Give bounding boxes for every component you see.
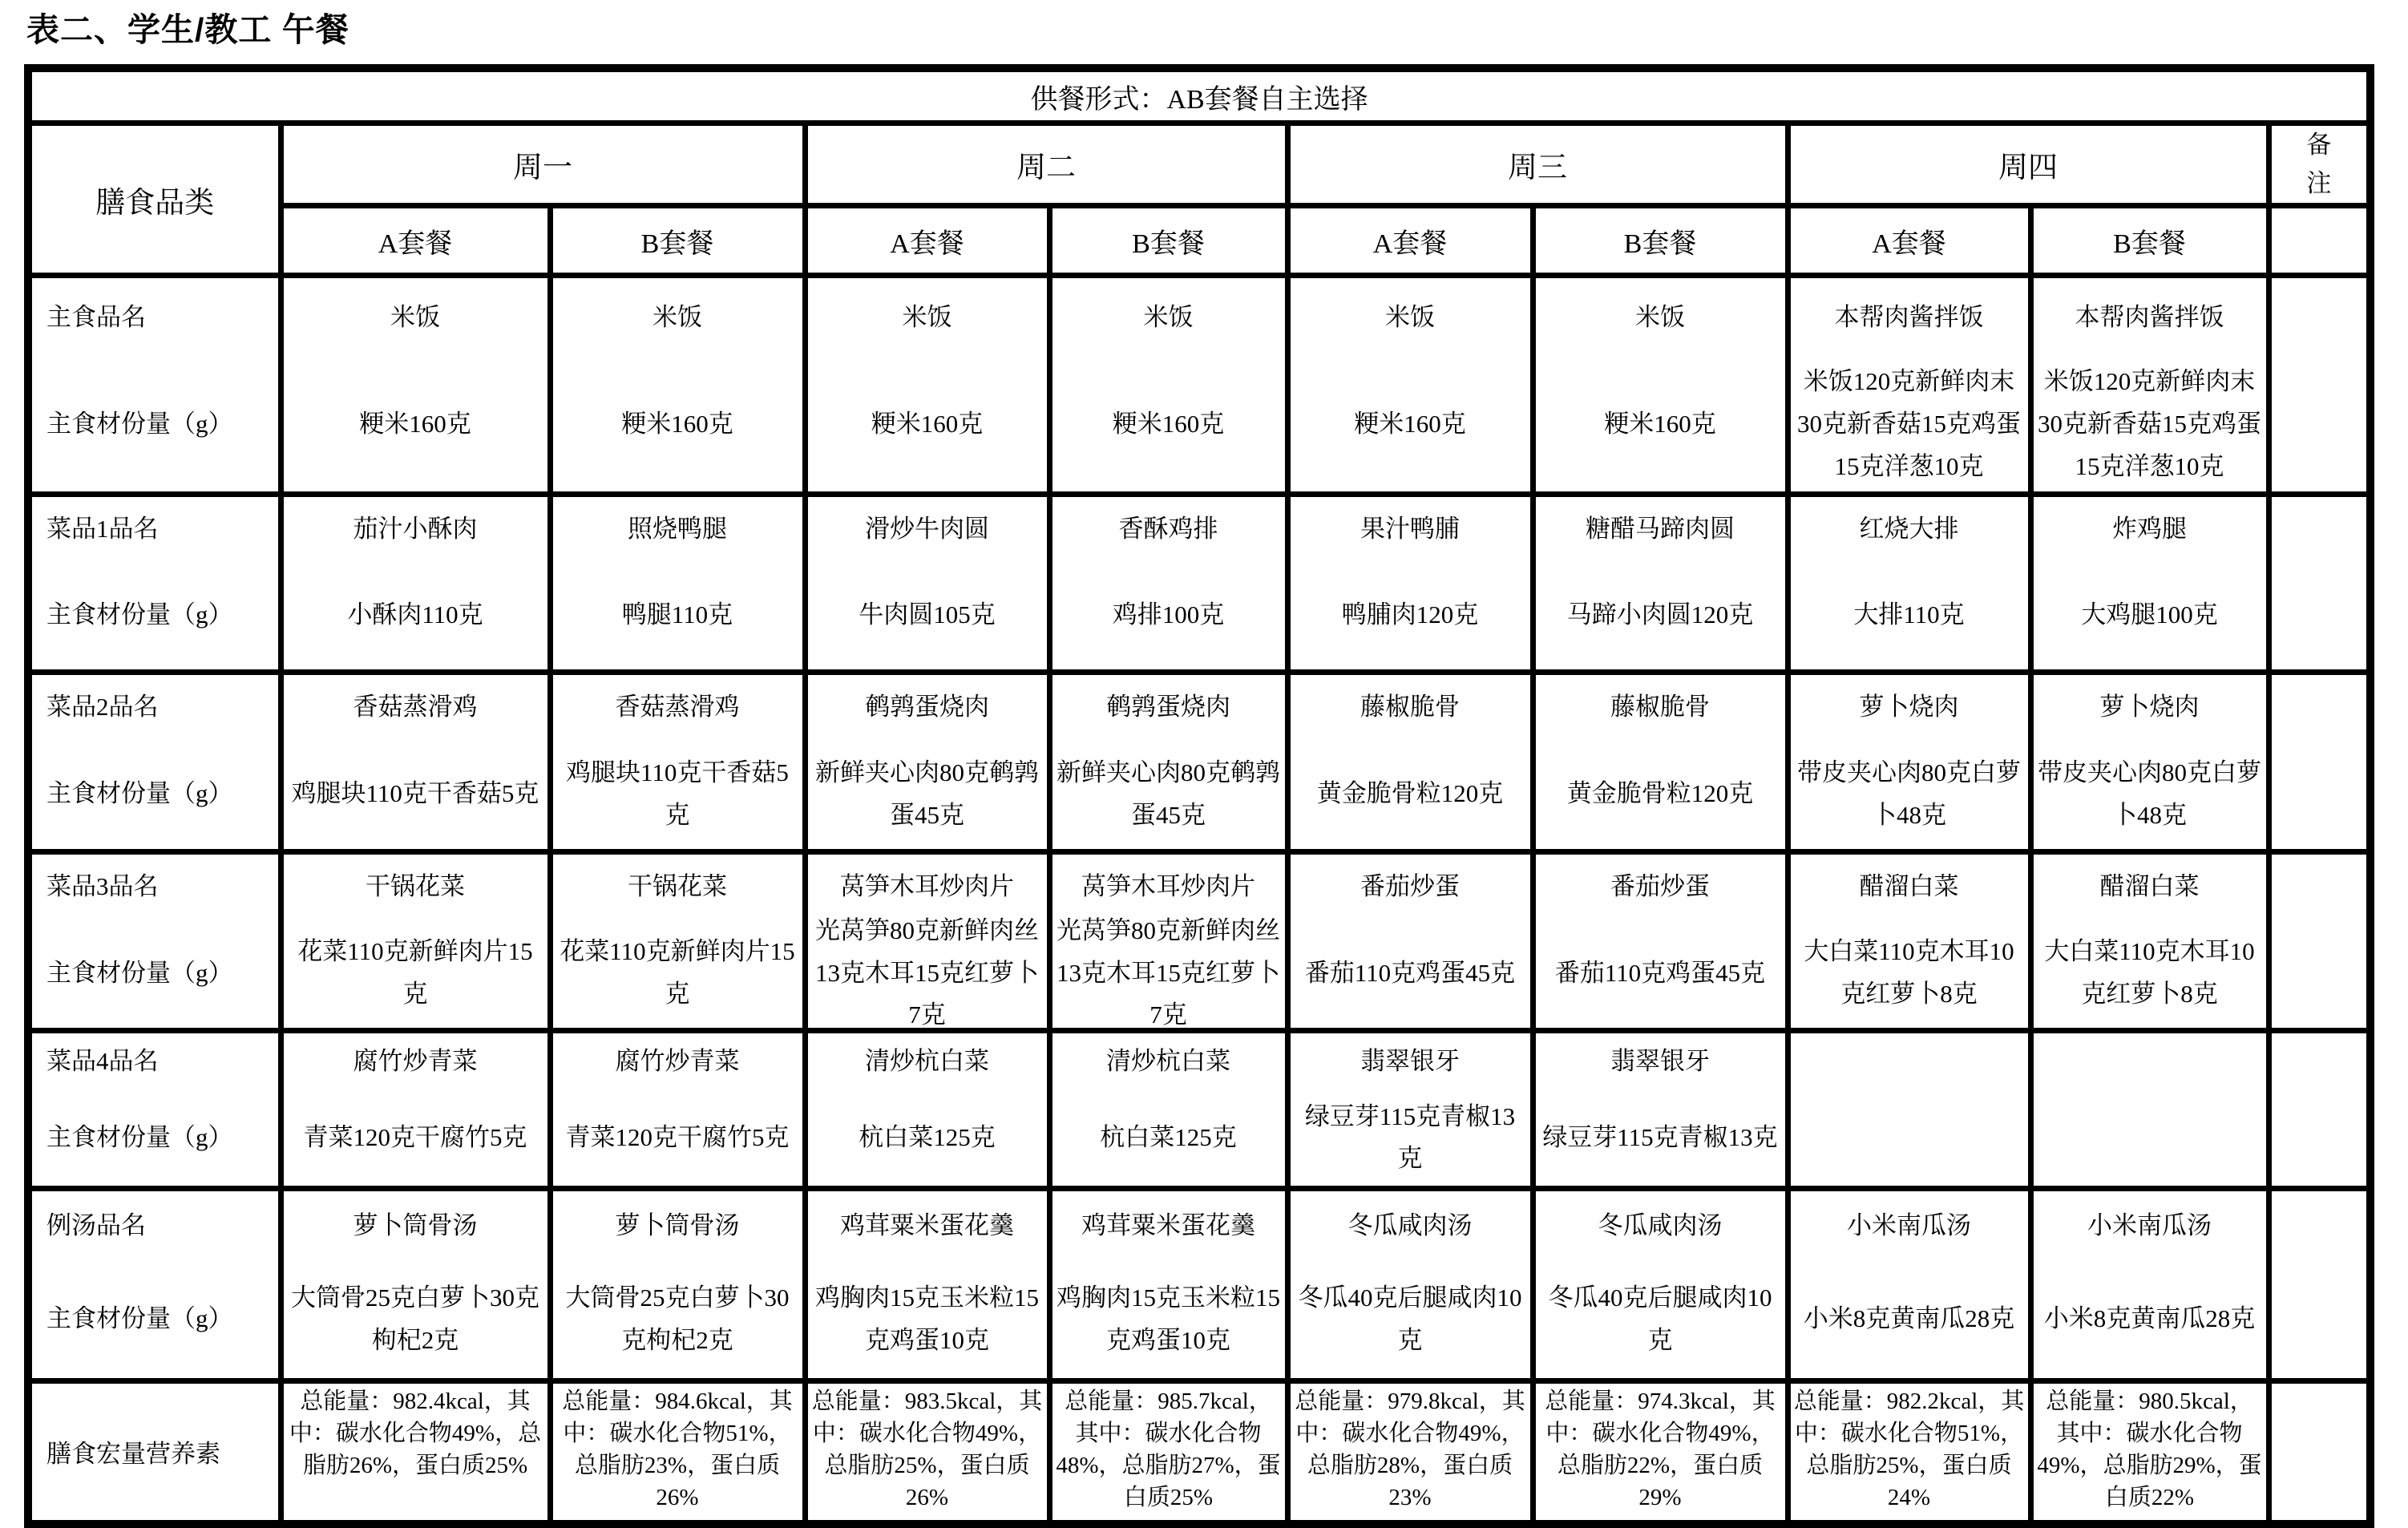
dish-portion: 鸡腿块110克干香菇5克 [288, 773, 543, 815]
dish-name: 莴笋木耳炒肉片 [1057, 866, 1281, 908]
dish-portion: 绿豆芽115克青椒13克 [1295, 1096, 1526, 1180]
soup-row: 例汤品名 主食材份量（g） 萝卜筒骨汤大筒骨25克白萝卜30克枸杞2克 萝卜筒骨… [28, 1189, 2370, 1381]
dish-name: 萝卜筒骨汤 [557, 1205, 798, 1247]
nutrition-text: 总能量：982.2kcal，其中：碳水化合物51%，总脂肪25%，蛋白质24% [1791, 1384, 2028, 1520]
row-label: 例汤品名 主食材份量（g） [28, 1189, 281, 1381]
dish-portion: 鸭脯肉120克 [1295, 594, 1526, 637]
menu-cell-wed-b: 翡翠银牙绿豆芽115克青椒13克 [1533, 1031, 1788, 1189]
dish-portion: 带皮夹心肉80克白萝卜48克 [1795, 752, 2024, 836]
dish-name: 清炒杭白菜 [812, 1041, 1043, 1083]
dish-portion: 大白菜110克木耳10克红萝卜8克 [2038, 931, 2262, 1015]
row-label-portion: 主食材份量（g） [46, 1298, 274, 1340]
menu-cell-thu-b: 醋溜白菜大白菜110克木耳10克红萝卜8克 [2030, 852, 2269, 1031]
menu-cell-wed-b: 番茄炒蛋番茄110克鸡蛋45克 [1533, 852, 1788, 1031]
dish-portion: 花菜110克新鲜肉片15克 [288, 931, 543, 1015]
dish-name: 滑炒牛肉圆 [812, 508, 1043, 551]
remark-header-empty [2269, 206, 2370, 276]
menu-cell-wed-a: 米饭粳米160克 [1287, 276, 1533, 495]
menu-cell-thu-b: 本帮肉酱拌饭米饭120克新鲜肉末30克新香菇15克鸡蛋15克洋葱10克 [2030, 276, 2269, 495]
menu-cell-wed-a: 果汁鸭脯鸭脯肉120克 [1287, 495, 1533, 673]
menu-cell-tue-a: 鹌鹑蛋烧肉新鲜夹心肉80克鹌鹑蛋45克 [805, 673, 1049, 852]
dish-name: 醋溜白菜 [1795, 866, 2024, 908]
remark-cell [2269, 495, 2370, 673]
day-header-row: 膳食品类 周一 周二 周三 周四 备注 [28, 123, 2370, 206]
set-header-thu-b: B套餐 [2030, 206, 2269, 276]
dish-name: 冬瓜咸肉汤 [1540, 1205, 1781, 1247]
dish-name: 莴笋木耳炒肉片 [812, 866, 1043, 908]
remark-cell [2269, 673, 2370, 852]
dish-portion: 绿豆芽115克青椒13克 [1540, 1117, 1781, 1159]
dish-name: 鸡茸粟米蛋花羹 [812, 1205, 1043, 1247]
remark-header: 备注 [2269, 123, 2370, 206]
dish-name: 果汁鸭脯 [1295, 508, 1526, 551]
dish-name: 萝卜烧肉 [2038, 686, 2262, 729]
menu-cell-wed-a: 冬瓜咸肉汤冬瓜40克后腿咸肉10克 [1287, 1189, 1533, 1381]
dish-portion: 冬瓜40克后腿咸肉10克 [1540, 1277, 1781, 1361]
dish-name: 干锅花菜 [557, 866, 798, 908]
dish-name: 米饭 [1295, 297, 1526, 339]
menu-cell-thu-b [2030, 1031, 2269, 1189]
nutrition-cell-mon-a: 总能量：982.4kcal，其中：碳水化合物49%，总脂肪26%，蛋白质25% [281, 1381, 550, 1525]
dish-portion: 大筒骨25克白萝卜30克枸杞2克 [288, 1277, 543, 1361]
dish-name: 腐竹炒青菜 [288, 1041, 543, 1083]
set-header-mon-a: A套餐 [281, 206, 550, 276]
dish-name: 茄汁小酥肉 [288, 508, 543, 551]
row-label-portion: 主食材份量（g） [46, 773, 274, 815]
set-header-wed-b: B套餐 [1533, 206, 1788, 276]
nutrition-row: 膳食宏量营养素 总能量：982.4kcal，其中：碳水化合物49%，总脂肪26%… [28, 1381, 2370, 1525]
row-label-name: 菜品2品名 [46, 686, 274, 729]
dish-portion: 冬瓜40克后腿咸肉10克 [1295, 1277, 1526, 1361]
category-header: 膳食品类 [28, 123, 281, 276]
dish-portion: 马蹄小肉圆120克 [1540, 594, 1781, 637]
nutrition-text: 总能量：980.5kcal，其中：碳水化合物49%，总脂肪29%，蛋白质22% [2034, 1384, 2266, 1520]
menu-cell-tue-a: 清炒杭白菜杭白菜125克 [805, 1031, 1049, 1189]
dish-portion: 黄金脆骨粒120克 [1540, 773, 1781, 815]
row-label-name: 主食品名 [46, 297, 274, 339]
dish-portion: 粳米160克 [1295, 403, 1526, 446]
set-header-tue-b: B套餐 [1049, 206, 1287, 276]
dish-portion: 粳米160克 [557, 403, 798, 446]
dish-name: 糖醋马蹄肉圆 [1540, 508, 1781, 551]
row-label-portion: 主食材份量（g） [46, 1117, 274, 1159]
menu-cell-tue-b: 鹌鹑蛋烧肉新鲜夹心肉80克鹌鹑蛋45克 [1049, 673, 1287, 852]
menu-cell-tue-a: 米饭粳米160克 [805, 276, 1049, 495]
set-header-tue-a: A套餐 [805, 206, 1049, 276]
menu-cell-mon-b: 腐竹炒青菜青菜120克干腐竹5克 [550, 1031, 805, 1189]
menu-cell-mon-b: 米饭粳米160克 [550, 276, 805, 495]
menu-cell-mon-b: 香菇蒸滑鸡鸡腿块110克干香菇5克 [550, 673, 805, 852]
nutrition-text: 总能量：983.5kcal，其中：碳水化合物49%，总脂肪25%，蛋白质26% [808, 1384, 1047, 1520]
nutrition-cell-mon-b: 总能量：984.6kcal，其中：碳水化合物51%，总脂肪23%，蛋白质26% [550, 1381, 805, 1525]
dish-portion: 鸡排100克 [1057, 594, 1281, 637]
row-label-portion: 主食材份量（g） [46, 594, 274, 637]
dish-portion: 大筒骨25克白萝卜30克枸杞2克 [557, 1277, 798, 1361]
dish-name: 香菇蒸滑鸡 [288, 686, 543, 729]
dish-portion: 粳米160克 [1057, 403, 1281, 446]
dish-portion: 青菜120克干腐竹5克 [288, 1117, 543, 1159]
dish-portion: 粳米160克 [1540, 403, 1781, 446]
dish-portion: 青菜120克干腐竹5克 [557, 1117, 798, 1159]
row-label-name: 例汤品名 [46, 1205, 274, 1247]
dish-name: 米饭 [288, 297, 543, 339]
nutrition-cell-thu-b: 总能量：980.5kcal，其中：碳水化合物49%，总脂肪29%，蛋白质22% [2030, 1381, 2269, 1525]
dish-portion: 光莴笋80克新鲜肉丝13克木耳15克红萝卜7克 [812, 910, 1043, 1031]
dish-portion: 鸡胸肉15克玉米粒15克鸡蛋10克 [1057, 1277, 1281, 1361]
remark-header-label: 备注 [2305, 126, 2333, 203]
serving-format-header: 供餐形式：AB套餐自主选择 [28, 68, 2370, 123]
menu-cell-wed-b: 冬瓜咸肉汤冬瓜40克后腿咸肉10克 [1533, 1189, 1788, 1381]
dish-portion: 番茄110克鸡蛋45克 [1540, 952, 1781, 995]
row-label-name: 菜品4品名 [46, 1041, 274, 1083]
dish-name: 红烧大排 [1795, 508, 2024, 551]
row-label: 菜品3品名 主食材份量（g） [28, 852, 281, 1031]
dish-name: 醋溜白菜 [2038, 866, 2262, 908]
row-label: 菜品4品名 主食材份量（g） [28, 1031, 281, 1189]
menu-cell-mon-a: 腐竹炒青菜青菜120克干腐竹5克 [281, 1031, 550, 1189]
dish-portion: 番茄110克鸡蛋45克 [1295, 952, 1526, 995]
dish-portion: 米饭120克新鲜肉末30克新香菇15克鸡蛋15克洋葱10克 [1795, 361, 2024, 487]
menu-cell-mon-b: 干锅花菜花菜110克新鲜肉片15克 [550, 852, 805, 1031]
dish1-row: 菜品1品名 主食材份量（g） 茄汁小酥肉小酥肉110克 照烧鸭腿鸭腿110克 滑… [28, 495, 2370, 673]
menu-cell-mon-a: 茄汁小酥肉小酥肉110克 [281, 495, 550, 673]
menu-cell-tue-a: 鸡茸粟米蛋花羹鸡胸肉15克玉米粒15克鸡蛋10克 [805, 1189, 1049, 1381]
remark-cell [2269, 1381, 2370, 1525]
dish-name: 本帮肉酱拌饭 [2038, 297, 2262, 339]
staple-row: 主食品名 主食材份量（g） 米饭粳米160克 米饭粳米160克 米饭粳米160克… [28, 276, 2370, 495]
menu-cell-thu-a: 红烧大排大排110克 [1788, 495, 2030, 673]
row-label: 主食品名 主食材份量（g） [28, 276, 281, 495]
nutrition-text: 总能量：985.7kcal，其中：碳水化合物48%，总脂肪27%，蛋白质25% [1052, 1384, 1285, 1520]
remark-cell [2269, 276, 2370, 495]
dish-portion: 光莴笋80克新鲜肉丝13克木耳15克红萝卜7克 [1057, 910, 1281, 1031]
dish-portion: 牛肉圆105克 [812, 594, 1043, 637]
remark-cell [2269, 1189, 2370, 1381]
menu-cell-wed-a: 藤椒脆骨黄金脆骨粒120克 [1287, 673, 1533, 852]
dish-name: 萝卜烧肉 [1795, 686, 2024, 729]
remark-cell [2269, 852, 2370, 1031]
menu-cell-mon-a: 干锅花菜花菜110克新鲜肉片15克 [281, 852, 550, 1031]
menu-cell-thu-a: 小米南瓜汤小米8克黄南瓜28克 [1788, 1189, 2030, 1381]
nutrition-cell-tue-b: 总能量：985.7kcal，其中：碳水化合物48%，总脂肪27%，蛋白质25% [1049, 1381, 1287, 1525]
dish-name: 米饭 [812, 297, 1043, 339]
menu-cell-thu-b: 萝卜烧肉带皮夹心肉80克白萝卜48克 [2030, 673, 2269, 852]
row-label: 菜品2品名 主食材份量（g） [28, 673, 281, 852]
menu-cell-mon-a: 萝卜筒骨汤大筒骨25克白萝卜30克枸杞2克 [281, 1189, 550, 1381]
menu-cell-wed-b: 藤椒脆骨黄金脆骨粒120克 [1533, 673, 1788, 852]
lunch-menu-table: 供餐形式：AB套餐自主选择 膳食品类 周一 周二 周三 周四 备注 A套餐 B套… [24, 64, 2374, 1528]
dish4-row: 菜品4品名 主食材份量（g） 腐竹炒青菜青菜120克干腐竹5克 腐竹炒青菜青菜1… [28, 1031, 2370, 1189]
row-label-name: 菜品1品名 [46, 508, 274, 551]
dish-name: 米饭 [1540, 297, 1781, 339]
dish-name: 翡翠银牙 [1295, 1041, 1526, 1083]
menu-cell-wed-a: 番茄炒蛋番茄110克鸡蛋45克 [1287, 852, 1533, 1031]
dish-portion: 鸡腿块110克干香菇5克 [557, 752, 798, 836]
menu-cell-tue-b: 鸡茸粟米蛋花羹鸡胸肉15克玉米粒15克鸡蛋10克 [1049, 1189, 1287, 1381]
menu-cell-tue-b: 清炒杭白菜杭白菜125克 [1049, 1031, 1287, 1189]
day-header-tue: 周二 [805, 123, 1287, 206]
dish-name: 米饭 [1057, 297, 1281, 339]
dish-name: 干锅花菜 [288, 866, 543, 908]
day-header-wed: 周三 [1287, 123, 1788, 206]
dish2-row: 菜品2品名 主食材份量（g） 香菇蒸滑鸡鸡腿块110克干香菇5克 香菇蒸滑鸡鸡腿… [28, 673, 2370, 852]
dish-portion: 粳米160克 [812, 403, 1043, 446]
menu-cell-thu-a: 本帮肉酱拌饭米饭120克新鲜肉末30克新香菇15克鸡蛋15克洋葱10克 [1788, 276, 2030, 495]
menu-cell-mon-b: 照烧鸭腿鸭腿110克 [550, 495, 805, 673]
menu-cell-tue-a: 莴笋木耳炒肉片光莴笋80克新鲜肉丝13克木耳15克红萝卜7克 [805, 852, 1049, 1031]
dish-portion: 鸡胸肉15克玉米粒15克鸡蛋10克 [812, 1277, 1043, 1361]
menu-cell-tue-b: 米饭粳米160克 [1049, 276, 1287, 495]
menu-cell-wed-b: 糖醋马蹄肉圆马蹄小肉圆120克 [1533, 495, 1788, 673]
menu-cell-thu-a: 醋溜白菜大白菜110克木耳10克红萝卜8克 [1788, 852, 2030, 1031]
nutrition-cell-wed-a: 总能量：979.8kcal，其中：碳水化合物49%，总脂肪28%，蛋白质23% [1287, 1381, 1533, 1525]
dish-portion: 小米8克黄南瓜28克 [2038, 1298, 2262, 1340]
dish-name: 翡翠银牙 [1540, 1041, 1781, 1083]
day-header-mon: 周一 [281, 123, 805, 206]
dish-name: 腐竹炒青菜 [557, 1041, 798, 1083]
nutrition-text: 总能量：982.4kcal，其中：碳水化合物49%，总脂肪26%，蛋白质25% [284, 1384, 547, 1520]
dish-name: 鹌鹑蛋烧肉 [812, 686, 1043, 729]
nutrition-text: 总能量：979.8kcal，其中：碳水化合物49%，总脂肪28%，蛋白质23% [1291, 1384, 1530, 1520]
dish-name: 冬瓜咸肉汤 [1295, 1205, 1526, 1247]
set-header-mon-b: B套餐 [550, 206, 805, 276]
dish-name: 米饭 [557, 297, 798, 339]
dish-name: 小米南瓜汤 [2038, 1205, 2262, 1247]
menu-cell-mon-b: 萝卜筒骨汤大筒骨25克白萝卜30克枸杞2克 [550, 1189, 805, 1381]
menu-cell-wed-a: 翡翠银牙绿豆芽115克青椒13克 [1287, 1031, 1533, 1189]
row-label: 菜品1品名 主食材份量（g） [28, 495, 281, 673]
set-header-row: A套餐 B套餐 A套餐 B套餐 A套餐 B套餐 A套餐 B套餐 [28, 206, 2370, 276]
menu-cell-thu-a [1788, 1031, 2030, 1189]
dish-name: 小米南瓜汤 [1795, 1205, 2024, 1247]
dish-portion: 大排110克 [1795, 594, 2024, 637]
dish-portion: 花菜110克新鲜肉片15克 [557, 931, 798, 1015]
dish-portion: 大鸡腿100克 [2038, 594, 2262, 637]
dish-portion: 小米8克黄南瓜28克 [1795, 1298, 2024, 1340]
menu-cell-wed-b: 米饭粳米160克 [1533, 276, 1788, 495]
nutrition-text: 总能量：974.3kcal，其中：碳水化合物49%，总脂肪22%，蛋白质29% [1536, 1384, 1785, 1520]
nutrition-text: 总能量：984.6kcal，其中：碳水化合物51%，总脂肪23%，蛋白质26% [553, 1384, 802, 1520]
dish-portion: 新鲜夹心肉80克鹌鹑蛋45克 [812, 752, 1043, 836]
dish-name: 鹌鹑蛋烧肉 [1057, 686, 1281, 729]
row-label-name: 菜品3品名 [46, 866, 274, 908]
dish-name: 炸鸡腿 [2038, 508, 2262, 551]
row-label-portion: 主食材份量（g） [46, 403, 274, 446]
set-header-thu-a: A套餐 [1788, 206, 2030, 276]
dish-portion: 杭白菜125克 [1057, 1117, 1281, 1159]
dish3-row: 菜品3品名 主食材份量（g） 干锅花菜花菜110克新鲜肉片15克 干锅花菜花菜1… [28, 852, 2370, 1031]
menu-cell-thu-b: 炸鸡腿大鸡腿100克 [2030, 495, 2269, 673]
dish-portion: 新鲜夹心肉80克鹌鹑蛋45克 [1057, 752, 1281, 836]
dish-portion: 小酥肉110克 [288, 594, 543, 637]
dish-portion: 粳米160克 [288, 403, 543, 446]
menu-cell-tue-b: 莴笋木耳炒肉片光莴笋80克新鲜肉丝13克木耳15克红萝卜7克 [1049, 852, 1287, 1031]
page-title: 表二、学生/教工 午餐 [26, 3, 349, 51]
dish-portion: 杭白菜125克 [812, 1117, 1043, 1159]
dish-portion: 带皮夹心肉80克白萝卜48克 [2038, 752, 2262, 836]
dish-name: 本帮肉酱拌饭 [1795, 297, 2024, 339]
menu-cell-thu-b: 小米南瓜汤小米8克黄南瓜28克 [2030, 1189, 2269, 1381]
dish-name: 鸡茸粟米蛋花羹 [1057, 1205, 1281, 1247]
dish-portion: 米饭120克新鲜肉末30克新香菇15克鸡蛋15克洋葱10克 [2038, 361, 2262, 487]
menu-cell-mon-a: 香菇蒸滑鸡鸡腿块110克干香菇5克 [281, 673, 550, 852]
dish-name: 香菇蒸滑鸡 [557, 686, 798, 729]
dish-name: 番茄炒蛋 [1295, 866, 1526, 908]
row-label: 膳食宏量营养素 [28, 1381, 281, 1525]
nutrition-label: 膳食宏量营养素 [32, 1384, 278, 1518]
dish-name: 香酥鸡排 [1057, 508, 1281, 551]
dish-portion: 大白菜110克木耳10克红萝卜8克 [1795, 931, 2024, 1015]
row-label-portion: 主食材份量（g） [46, 952, 274, 995]
dish-name: 藤椒脆骨 [1540, 686, 1781, 729]
set-header-wed-a: A套餐 [1287, 206, 1533, 276]
menu-cell-mon-a: 米饭粳米160克 [281, 276, 550, 495]
nutrition-cell-wed-b: 总能量：974.3kcal，其中：碳水化合物49%，总脂肪22%，蛋白质29% [1533, 1381, 1788, 1525]
dish-name: 萝卜筒骨汤 [288, 1205, 543, 1247]
menu-cell-thu-a: 萝卜烧肉带皮夹心肉80克白萝卜48克 [1788, 673, 2030, 852]
day-header-thu: 周四 [1788, 123, 2269, 206]
dish-portion: 黄金脆骨粒120克 [1295, 773, 1526, 815]
nutrition-cell-thu-a: 总能量：982.2kcal，其中：碳水化合物51%，总脂肪25%，蛋白质24% [1788, 1381, 2030, 1525]
menu-cell-tue-b: 香酥鸡排鸡排100克 [1049, 495, 1287, 673]
remark-cell [2269, 1031, 2370, 1189]
dish-portion: 鸭腿110克 [557, 594, 798, 637]
dish-name: 番茄炒蛋 [1540, 866, 1781, 908]
dish-name: 照烧鸭腿 [557, 508, 798, 551]
menu-cell-tue-a: 滑炒牛肉圆牛肉圆105克 [805, 495, 1049, 673]
dish-name: 清炒杭白菜 [1057, 1041, 1281, 1083]
dish-name: 藤椒脆骨 [1295, 686, 1526, 729]
serving-format-row: 供餐形式：AB套餐自主选择 [28, 68, 2370, 123]
nutrition-cell-tue-a: 总能量：983.5kcal，其中：碳水化合物49%，总脂肪25%，蛋白质26% [805, 1381, 1049, 1525]
